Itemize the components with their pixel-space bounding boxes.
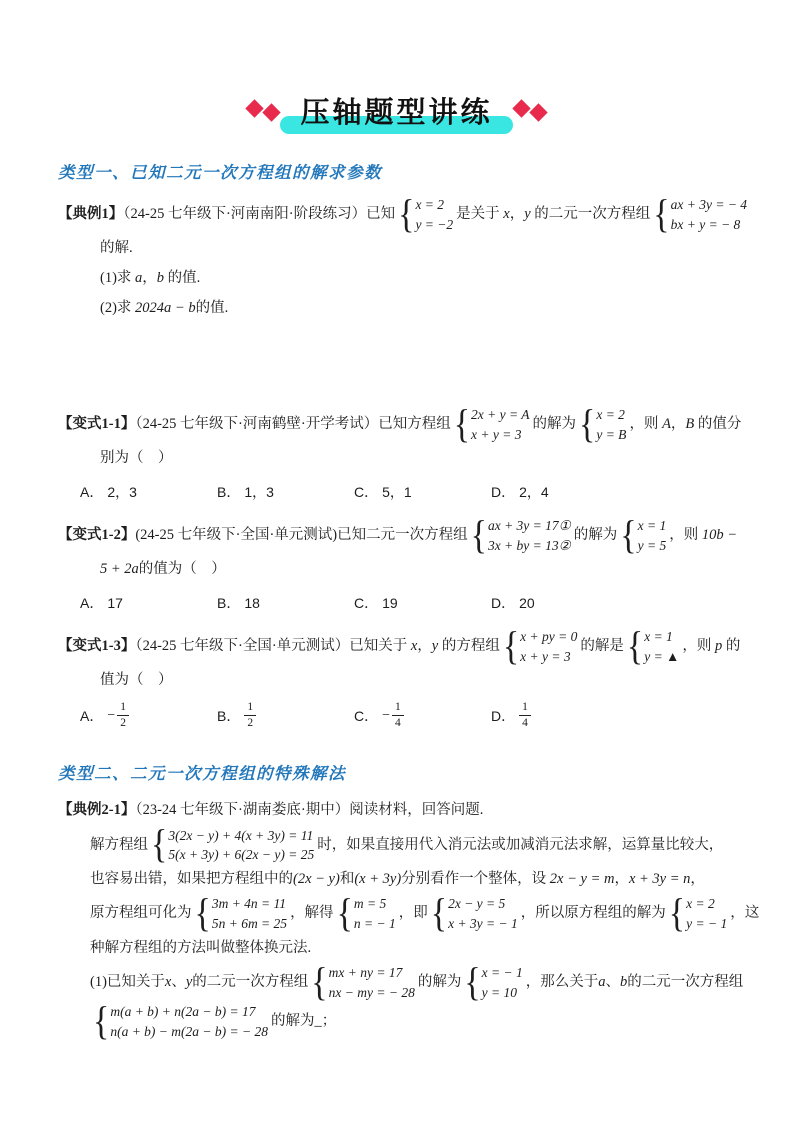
equation-line: bx + y = − 8 [671, 215, 747, 235]
text-run: 2x − y = m [550, 871, 615, 887]
equation-system: {2x + y = Ax + y = 3 [454, 405, 530, 444]
choice-label: D． [491, 478, 515, 506]
choice-label: A． [80, 589, 103, 617]
text-run: ，那么关于 [526, 974, 599, 990]
equation-system: {x = 2y = − 1 [669, 894, 727, 933]
paragraph: (1)已知关于x、y的二元一次方程组{mx + ny = 17nx − my =… [90, 963, 735, 1041]
text-run: ， [417, 638, 432, 654]
fraction: 12 [244, 700, 256, 732]
text-run: 别为（ ） [100, 450, 173, 466]
equation-system: {3m + 4n = 115n + 6m = 25 [195, 894, 288, 933]
text-run: 、 [171, 974, 186, 990]
text-run: 解方程组 [90, 836, 148, 852]
equation-line: x + 3y = − 1 [448, 914, 518, 934]
text-run: 1，3 [244, 478, 274, 506]
text-run: 原方程组可化为 [90, 905, 192, 921]
text-run: 的二元一次方程组 [627, 974, 743, 990]
choice-label: D． [491, 702, 515, 730]
equation-rows: ax + 3y = − 4bx + y = − 8 [671, 195, 747, 234]
text-run: 18 [244, 589, 260, 617]
text-run: （24-25 七年级下·河南南阳·阶段练习）已知 [123, 206, 395, 222]
choice-option: A．2，3 [80, 478, 217, 506]
equation-system: {ax + 3y = 17①3x + by = 13② [471, 516, 571, 555]
text-run: A [662, 416, 671, 432]
text-run: 时，如果直接用代入消元法或加减消元法求解，运算量比较大， [317, 836, 723, 852]
equation-rows: 3(2x − y) + 4(x + 3y) = 115(x + 3y) + 6(… [168, 826, 314, 865]
text-run: ，即 [399, 905, 428, 921]
equation-line: x + py = 0 [520, 627, 577, 647]
equation-system: {x + py = 0x + y = 3 [503, 627, 578, 666]
text-run: 的值为（ ） [139, 561, 226, 577]
equation-line: x = 1 [638, 516, 667, 536]
choice-label: B． [217, 478, 240, 506]
choice-label: B． [217, 702, 240, 730]
equation-system: {m(a + b) + n(2a − b) = 17n(a + b) − m(2… [93, 1002, 268, 1041]
text-run: 的解是 [580, 638, 624, 654]
paragraph: 【典例2-1】（23-24 七年级下·湖南娄底·期中）阅读材料，回答问题. [58, 796, 735, 826]
equation-line: y = − 1 [686, 914, 727, 934]
choice-label: C． [354, 702, 378, 730]
page-header: 压轴题型讲练 [0, 0, 793, 131]
equation-line: x + y = 3 [520, 647, 577, 667]
text-run: ，解得 [290, 905, 334, 921]
brace-glyph: { [579, 405, 595, 445]
choice-label: C． [354, 478, 378, 506]
equation-line: 5(x + 3y) + 6(2x − y) = 25 [168, 845, 314, 865]
equation-line: x = 2 [596, 405, 626, 425]
text-run: （23-24 七年级下·湖南娄底·期中）阅读材料，回答问题. [135, 802, 483, 818]
right-diamond-pair [515, 102, 545, 119]
denominator: 2 [244, 716, 256, 732]
numerator: 1 [519, 700, 531, 717]
choice-option: D．14 [491, 700, 628, 732]
equation-system: {mx + ny = 17nx − my = − 28 [311, 963, 415, 1002]
text-run: 10b − [702, 527, 737, 543]
numerator: 1 [392, 700, 404, 717]
equation-line: y = B [596, 425, 626, 445]
worksheet-page: 压轴题型讲练 类型一、已知二元一次方程组的解求参数【典例1】（24-25 七年级… [0, 0, 793, 1122]
text-run: (1)求 [100, 270, 135, 286]
text-run: 的值分 [694, 416, 741, 432]
text-run: 的方程组 [438, 638, 500, 654]
diamond-icon [263, 103, 281, 121]
equation-line: 3x + by = 13② [488, 536, 571, 556]
text-run: 分别看作一个整体，设 [401, 871, 550, 887]
equation-rows: m = 5n = − 1 [354, 894, 396, 933]
choice-option: B．12 [217, 700, 354, 732]
choice-option: D．2，4 [491, 478, 628, 506]
equation-line: y = −2 [415, 215, 453, 235]
equation-line: ax + 3y = − 4 [671, 195, 747, 215]
equation-line: x = 1 [644, 627, 679, 647]
equation-line: m(a + b) + n(2a − b) = 17 [110, 1002, 268, 1022]
text-run: 的二元一次方程组 [531, 206, 651, 222]
text-run: 和 [340, 871, 355, 887]
choice-label: B． [217, 589, 240, 617]
equation-rows: 3m + 4n = 115n + 6m = 25 [212, 894, 287, 933]
text-run: 的 [722, 638, 740, 654]
text-run: 【典例1】 [58, 206, 123, 222]
equation-rows: ax + 3y = 17①3x + by = 13② [488, 516, 571, 555]
brace-glyph: { [627, 626, 643, 666]
equation-system: {x = 1y = ▲ [627, 627, 680, 666]
equation-line: nx − my = − 28 [329, 983, 415, 1003]
equation-rows: x + py = 0x + y = 3 [520, 627, 577, 666]
text-run: (x + 3y) [354, 871, 401, 887]
text-run: 2，4 [519, 478, 549, 506]
choice-option: C．5，1 [354, 478, 491, 506]
equation-line: ax + 3y = 17① [488, 516, 571, 536]
text-run: 5 + 2a [100, 561, 139, 577]
equation-rows: mx + ny = 17nx − my = − 28 [329, 963, 415, 1002]
equation-rows: 2x − y = 5x + 3y = − 1 [448, 894, 518, 933]
brace-glyph: { [311, 963, 327, 1003]
text-run: 的二元一次方程组 [192, 974, 308, 990]
brace-glyph: { [93, 1002, 109, 1042]
equation-line: 3m + 4n = 11 [212, 894, 287, 914]
text-run: B [685, 416, 694, 432]
text-run: ，所以原方程组的解为 [521, 905, 666, 921]
title-wrap: 压轴题型讲练 [248, 90, 544, 131]
text-run: (2)求 [100, 300, 135, 316]
text-run: 2024a − b [135, 300, 196, 316]
numerator: 1 [244, 700, 256, 717]
fraction: −12 [107, 700, 129, 732]
brace-glyph: { [653, 195, 669, 235]
brace-glyph: { [195, 894, 211, 934]
text-run: ， [690, 871, 705, 887]
text-run: 的解为_； [271, 1013, 336, 1029]
text-run: 【变式1-3】 [58, 638, 135, 654]
diamond-icon [512, 99, 530, 117]
choice-option: C．−14 [354, 700, 491, 732]
text-run: 也容易出错，如果把方程组中的 [90, 871, 293, 887]
text-run: 是关于 [456, 206, 503, 222]
text-run: 值为（ ） [100, 672, 173, 688]
text-run: （24-25 七年级下·全国·单元测试）已知关于 [135, 638, 410, 654]
text-run: 19 [382, 589, 398, 617]
section-heading: 类型一、已知二元一次方程组的解求参数 [58, 159, 735, 183]
equation-line: 2x − y = 5 [448, 894, 518, 914]
left-diamond-pair [248, 102, 278, 119]
minus-sign: − [107, 702, 115, 730]
brace-glyph: { [503, 626, 519, 666]
text-run: ， [510, 206, 525, 222]
equation-line: x = 2 [686, 894, 727, 914]
text-run: 的解为 [418, 974, 462, 990]
equation-line: 5n + 6m = 25 [212, 914, 287, 934]
choice-option: B．18 [217, 589, 354, 617]
brace-glyph: { [398, 195, 414, 235]
text-run: (2x − y) [293, 871, 340, 887]
equation-line: mx + ny = 17 [329, 963, 415, 983]
equation-line: n(a + b) − m(2a − b) = − 28 [110, 1022, 268, 1042]
brace-glyph: { [471, 516, 487, 556]
brace-glyph: { [151, 825, 167, 865]
page-title-text: 压轴题型讲练 [300, 97, 492, 129]
text-run: a [598, 974, 605, 990]
equation-line: 2x + y = A [471, 405, 529, 425]
paragraph: 【变式1-1】（24-25 七年级下·河南鹤壁·开学考试）已知方程组{2x + … [58, 405, 735, 474]
brace-glyph: { [431, 894, 447, 934]
choice-label: D． [491, 589, 515, 617]
choices-row: A．17B．18C．19D．20 [58, 589, 735, 617]
equation-rows: x = 1y = 5 [638, 516, 667, 555]
equation-line: m = 5 [354, 894, 396, 914]
text-run: 的解为 [533, 416, 577, 432]
equation-system: {x = − 1y = 10 [464, 963, 522, 1002]
brace-glyph: { [454, 405, 470, 445]
brace-glyph: { [464, 963, 480, 1003]
text-run: 、 [606, 974, 621, 990]
text-run: ，则 [682, 638, 715, 654]
equation-rows: x = 2y = − 1 [686, 894, 727, 933]
text-run: ，则 [629, 416, 662, 432]
numerator: 1 [117, 700, 129, 717]
text-run: 【变式1-2】 [58, 527, 135, 543]
text-run: 【典例2-1】 [58, 802, 135, 818]
text-run: 17 [107, 589, 123, 617]
paragraph: 【典例1】（24-25 七年级下·河南南阳·阶段练习）已知{x = 2y = −… [58, 195, 735, 323]
text-run: 的解. [100, 240, 133, 256]
text-run: 种解方程组的方法叫做整体换元法. [90, 940, 311, 956]
text-run: 5，1 [382, 478, 412, 506]
vertical-spacer [58, 323, 735, 405]
denominator: 4 [392, 716, 404, 732]
equation-line: x = − 1 [482, 963, 523, 983]
denominator: 4 [519, 716, 531, 732]
fraction-stack: 12 [244, 700, 256, 732]
text-run: ，这 [730, 905, 759, 921]
choice-label: A． [80, 478, 103, 506]
choice-option: A．−12 [80, 700, 217, 732]
paragraph: 【变式1-3】（24-25 七年级下·全国·单元测试）已知关于 x，y 的方程组… [58, 627, 735, 696]
equation-line: y = ▲ [644, 647, 679, 667]
equation-line: x + y = 3 [471, 425, 529, 445]
paragraph: 【变式1-2】(24-25 七年级下·全国·单元测试)已知二元一次方程组{ax … [58, 516, 735, 585]
text-run: 的值. [196, 300, 229, 316]
equation-system: {3(2x − y) + 4(x + 3y) = 115(x + 3y) + 6… [151, 826, 314, 865]
equation-line: 3(2x − y) + 4(x + 3y) = 11 [168, 826, 314, 846]
text-run: ， [142, 270, 157, 286]
diamond-icon [529, 103, 547, 121]
text-run: ， [614, 871, 629, 887]
choices-row: A．2，3B．1，3C．5，1D．2，4 [58, 478, 735, 506]
brace-glyph: { [337, 894, 353, 934]
text-run: 【变式1-1】 [58, 416, 135, 432]
text-run: 20 [519, 589, 535, 617]
choice-option: A．17 [80, 589, 217, 617]
equation-system: {ax + 3y = − 4bx + y = − 8 [653, 195, 747, 234]
brace-glyph: { [620, 516, 636, 556]
paragraph: 解方程组{3(2x − y) + 4(x + 3y) = 115(x + 3y)… [90, 826, 735, 964]
text-run: (1)已知关于 [90, 974, 165, 990]
minus-sign: − [382, 702, 390, 730]
choice-option: C．19 [354, 589, 491, 617]
text-run: ，则 [669, 527, 702, 543]
text-run: 2，3 [107, 478, 137, 506]
denominator: 2 [117, 716, 129, 732]
equation-system: {x = 1y = 5 [620, 516, 666, 555]
text-run: b [157, 270, 164, 286]
equation-line: x = 2 [415, 195, 453, 215]
fraction-stack: 14 [519, 700, 531, 732]
equation-system: {2x − y = 5x + 3y = − 1 [431, 894, 518, 933]
choice-option: B．1，3 [217, 478, 354, 506]
equation-system: {x = 2y = B [579, 405, 626, 444]
text-run: （24-25 七年级下·河南鹤壁·开学考试）已知方程组 [135, 416, 450, 432]
choice-option: D．20 [491, 589, 628, 617]
page-title: 压轴题型讲练 [294, 90, 498, 131]
equation-rows: 2x + y = Ax + y = 3 [471, 405, 529, 444]
choice-label: C． [354, 589, 378, 617]
fraction: 14 [519, 700, 531, 732]
fraction: −14 [382, 700, 404, 732]
equation-rows: m(a + b) + n(2a − b) = 17n(a + b) − m(2a… [110, 1002, 268, 1041]
equation-line: y = 5 [638, 536, 667, 556]
fraction-stack: 12 [117, 700, 129, 732]
equation-rows: x = 1y = ▲ [644, 627, 679, 666]
equation-line: y = 10 [482, 983, 523, 1003]
choices-row: A．−12B．12C．−14D．14 [58, 700, 735, 732]
section-heading: 类型二、二元一次方程组的特殊解法 [58, 760, 735, 784]
equation-line: n = − 1 [354, 914, 396, 934]
equation-rows: x = 2y = −2 [415, 195, 453, 234]
equation-system: {m = 5n = − 1 [337, 894, 396, 933]
brace-glyph: { [669, 894, 685, 934]
text-run: 的解为 [574, 527, 618, 543]
equation-system: {x = 2y = −2 [398, 195, 453, 234]
text-run: 的值. [164, 270, 200, 286]
equation-rows: x = 2y = B [596, 405, 626, 444]
diamond-icon [246, 99, 264, 117]
text-run: ， [671, 416, 686, 432]
choice-label: A． [80, 702, 103, 730]
fraction-stack: 14 [392, 700, 404, 732]
text-run: x + 3y = n [629, 871, 690, 887]
equation-rows: x = − 1y = 10 [482, 963, 523, 1002]
content: 类型一、已知二元一次方程组的解求参数【典例1】（24-25 七年级下·河南南阳·… [0, 159, 793, 1042]
text-run: (24-25 七年级下·全国·单元测试)已知二元一次方程组 [135, 527, 467, 543]
